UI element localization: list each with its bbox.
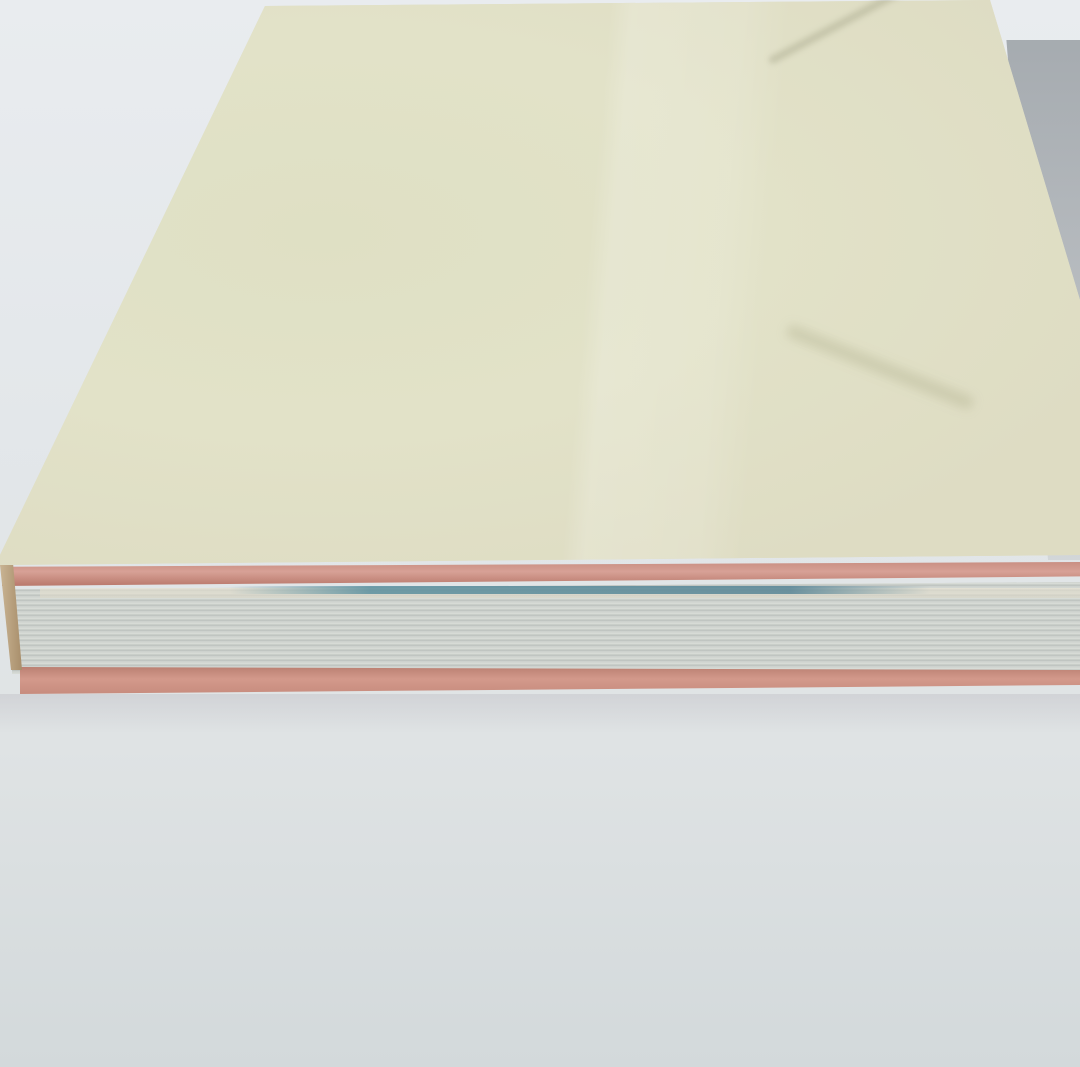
book-cover — [0, 0, 1080, 580]
table-shadow — [0, 694, 1080, 734]
top-board-edge — [2, 562, 1080, 586]
page-tinted-edge — [230, 586, 930, 594]
photo-scene — [0, 0, 1080, 1067]
